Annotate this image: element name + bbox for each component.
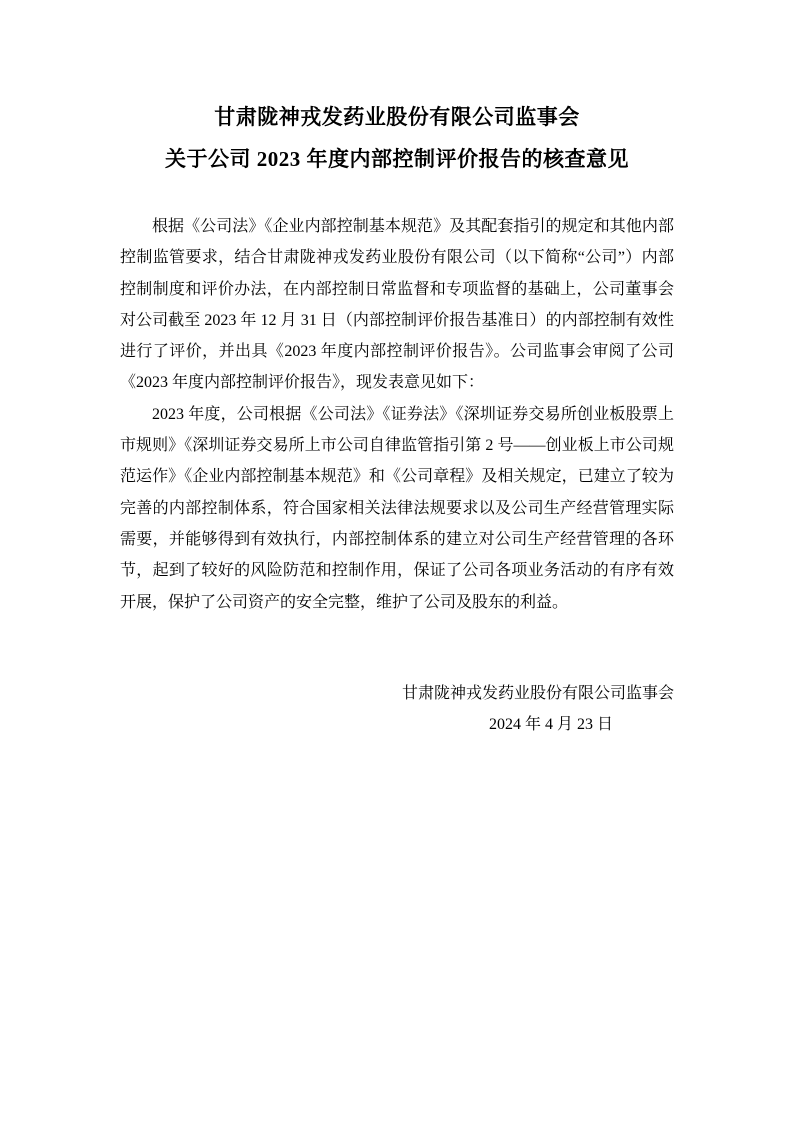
document-title-line1: 甘肃陇神戎发药业股份有限公司监事会 [120, 96, 674, 138]
signature-company-name: 甘肃陇神戎发药业股份有限公司监事会 [120, 678, 674, 709]
body-paragraph-2: 2023 年度，公司根据《公司法》《证券法》《深圳证券交易所创业板股票上市规则》… [120, 399, 674, 618]
signature-date: 2024 年 4 月 23 日 [120, 709, 674, 740]
document-title-line2: 关于公司 2023 年度内部控制评价报告的核查意见 [120, 138, 674, 180]
document-page: 甘肃陇神戎发药业股份有限公司监事会 关于公司 2023 年度内部控制评价报告的核… [0, 0, 794, 1122]
body-paragraph-1: 根据《公司法》《企业内部控制基本规范》及其配套指引的规定和其他内部控制监管要求，… [120, 211, 674, 399]
